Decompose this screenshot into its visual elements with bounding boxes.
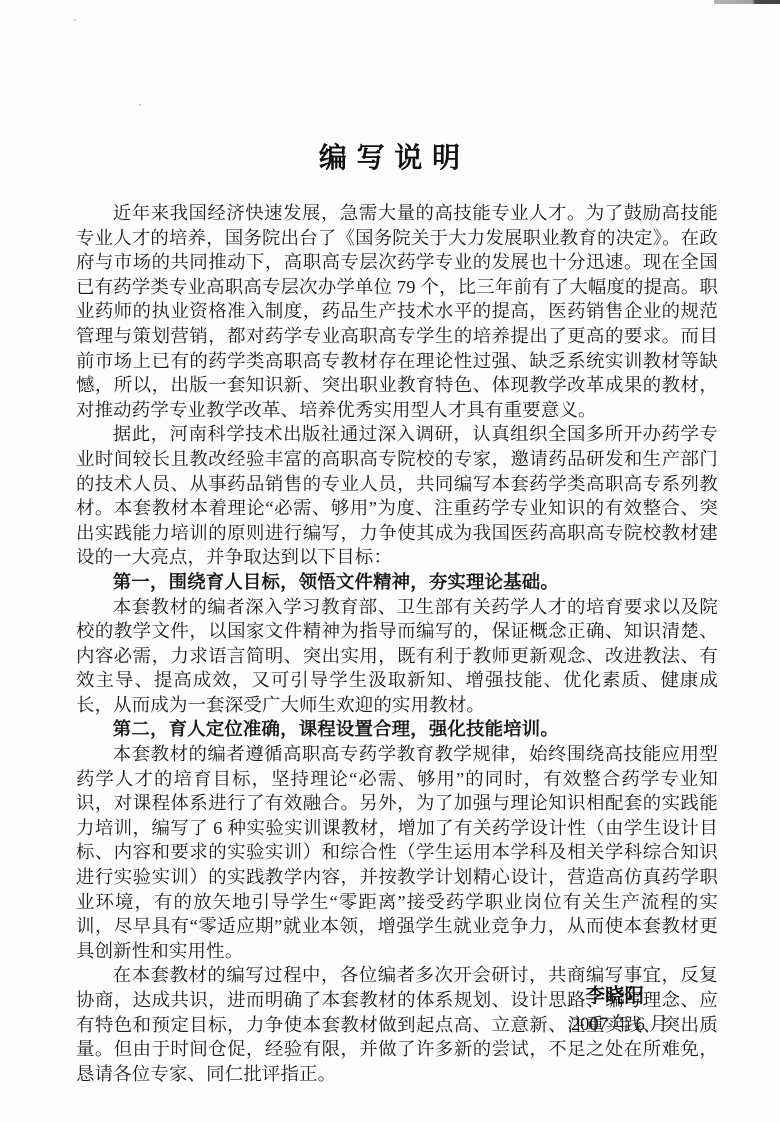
signature-date: 2007 年 6 月 (571, 1010, 668, 1041)
body-paragraph: 据此，河南科学技术出版社通过深入调研，认真组织全国多所开办药学专业时间较长且教改… (76, 422, 718, 570)
author-name: 李晓阳 (571, 983, 668, 1010)
scan-noise-dot (74, 19, 76, 21)
body-paragraph: 本套教材的编者深入学习教育部、卫生部有关药学人才的培育要求以及院校的教学文件，以… (76, 595, 718, 718)
section-heading: 第二，育人定位准确，课程设置合理，强化技能培训。 (76, 717, 718, 742)
scan-artifact-strip (714, 0, 780, 4)
document-body: 近年来我国经济快速发展，急需大量的高技能专业人才。为了鼓励高技能专业人才的培养，… (76, 201, 718, 1086)
page-title: 编 写 说 明 (0, 136, 780, 176)
signature-block: 李晓阳 2007 年 6 月 (571, 983, 668, 1041)
document-page: 编 写 说 明 近年来我国经济快速发展，急需大量的高技能专业人才。为了鼓励高技能… (0, 0, 780, 1122)
body-paragraph: 本套教材的编者遵循高职高专药学教育教学规律，始终围绕高技能应用型药学人才的培育目… (76, 742, 718, 963)
section-heading: 第一，围绕育人目标，领悟文件精神，夯实理论基础。 (76, 570, 718, 595)
body-paragraph: 近年来我国经济快速发展，急需大量的高技能专业人才。为了鼓励高技能专业人才的培养，… (76, 201, 718, 422)
scan-noise-dot (139, 104, 141, 106)
